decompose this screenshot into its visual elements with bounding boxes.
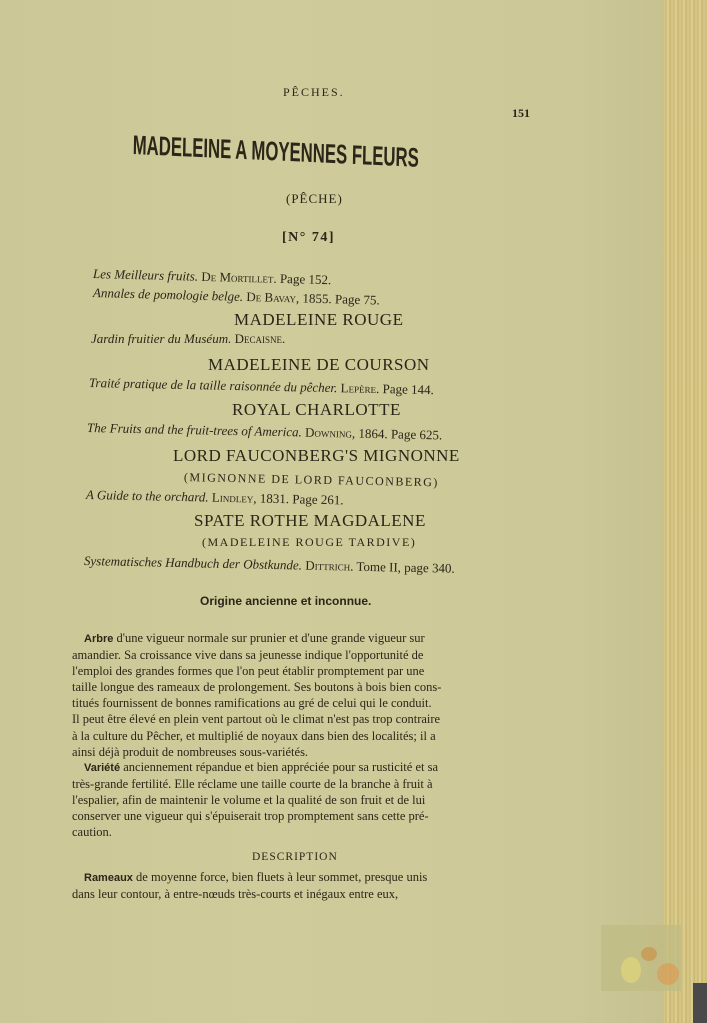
reference-work: Traité pratique de la taille raisonnée d… <box>89 375 338 395</box>
text-line: conserver une vigueur qui s'épuiserait t… <box>72 808 532 824</box>
book-page-edge <box>664 0 707 1023</box>
text-line: dans leur contour, à entre-nœuds très-co… <box>72 886 532 902</box>
text-line: Rameaux de moyenne force, bien fluets à … <box>72 869 532 886</box>
synonym-reference: The Fruits and the fruit-trees of Americ… <box>87 420 443 443</box>
description-heading: DESCRIPTION <box>252 851 338 863</box>
text-line: ainsi déjà produit de nombreuses sous-va… <box>72 744 532 760</box>
reference-detail: Tome II, page 340. <box>356 559 455 576</box>
reference-author: Dittrich. <box>305 558 353 574</box>
text-line: taille longue des rameaux de prolongemen… <box>72 679 532 695</box>
synonym-reference: Systematisches Handbuch der Obstkunde. D… <box>84 553 455 577</box>
reference-detail: 1831. Page 261. <box>260 491 344 508</box>
reference-entry: Annales de pomologie belge. De Bavay, 18… <box>93 285 380 309</box>
paragraph-lead: Arbre <box>84 633 113 645</box>
reference-detail: Page 152. <box>280 271 332 287</box>
variety-title: MADELEINE A MOYENNES FLEURS <box>132 130 356 171</box>
text-line: à la culture du Pêcher, et multiplié de … <box>72 728 532 744</box>
reference-detail: 1864. Page 625. <box>358 426 442 443</box>
text-span: de moyenne force, bien fluets à leur som… <box>133 870 427 884</box>
page-number: 151 <box>512 106 530 121</box>
synonym-alt-name: (MADELEINE ROUGE TARDIVE) <box>202 535 416 550</box>
reference-work: Annales de pomologie belge. <box>93 285 244 304</box>
origin-statement: Origine ancienne et inconnue. <box>200 594 371 608</box>
paragraph-variete: Variété anciennement répandue et bien ap… <box>72 759 532 840</box>
text-span: anciennement répandue et bien appréciée … <box>120 760 438 774</box>
catalog-number: [N° 74] <box>282 230 335 246</box>
paragraph-rameaux: Rameaux de moyenne force, bien fluets à … <box>72 869 532 902</box>
reference-work: A Guide to the orchard. <box>86 487 209 505</box>
text-line: l'espalier, afin de maintenir le volume … <box>72 792 532 808</box>
paragraph-arbre: Arbre d'une vigueur normale sur prunier … <box>72 630 532 760</box>
reference-work: Les Meilleurs fruits. <box>93 266 198 284</box>
synonym-reference: A Guide to the orchard. Lindley, 1831. P… <box>86 487 344 508</box>
running-head: PÊCHES. <box>283 85 345 100</box>
reference-detail: 1855. Page 75. <box>302 290 380 307</box>
synonym-reference: Jardin fruitier du Muséum. Decaisne. <box>91 331 285 347</box>
reference-entry: Les Meilleurs fruits. De Mortillet. Page… <box>93 266 332 288</box>
reference-work: Jardin fruitier du Muséum. <box>91 331 231 346</box>
reference-detail: Page 144. <box>382 381 434 397</box>
fruit-type: (PÊCHE) <box>286 191 343 207</box>
text-line: l'emploi des grandes formes que l'on peu… <box>72 663 532 679</box>
reference-author: Downing, <box>305 425 355 441</box>
binding-shadow <box>693 983 707 1023</box>
paragraph-lead: Rameaux <box>84 872 133 884</box>
variety-title-text: MADELEINE A MOYENNES FLEURS <box>132 130 419 174</box>
reference-author: Lindley, <box>212 490 257 506</box>
text-line: très-grande fertilité. Elle réclame une … <box>72 776 532 792</box>
text-line: Arbre d'une vigueur normale sur prunier … <box>72 630 532 647</box>
reference-author: Lepère. <box>340 380 379 396</box>
book-page: PÊCHES. 151 MADELEINE A MOYENNES FLEURS … <box>0 0 668 1023</box>
reference-author: Decaisne. <box>235 331 286 346</box>
paragraph-lead: Variété <box>84 762 120 774</box>
bleed-through-illustration <box>601 925 681 991</box>
text-span: d'une vigueur normale sur prunier et d'u… <box>113 631 424 645</box>
synonym-alt-name: (MIGNONNE DE LORD FAUCONBERG) <box>184 470 439 490</box>
synonym-name: LORD FAUCONBERG'S MIGNONNE <box>173 446 460 466</box>
synonym-name: ROYAL CHARLOTTE <box>232 400 401 420</box>
text-line: amandier. Sa croissance vive dans sa jeu… <box>72 647 532 663</box>
reference-author: De Mortillet. <box>201 269 277 286</box>
text-line: titués fournissent de bonnes ramificatio… <box>72 695 532 711</box>
text-line: caution. <box>72 824 532 840</box>
synonym-reference: Traité pratique de la taille raisonnée d… <box>89 375 434 398</box>
reference-work: The Fruits and the fruit-trees of Americ… <box>87 420 302 439</box>
text-line: Variété anciennement répandue et bien ap… <box>72 759 532 776</box>
synonym-name: MADELEINE ROUGE <box>234 310 403 330</box>
text-line: Il peut être élevé en plein vent partout… <box>72 711 532 727</box>
reference-work: Systematisches Handbuch der Obstkunde. <box>84 553 302 573</box>
synonym-name: MADELEINE DE COURSON <box>208 355 430 375</box>
reference-author: De Bavay, <box>246 289 299 305</box>
synonym-name: SPATE ROTHE MAGDALENE <box>194 511 426 531</box>
